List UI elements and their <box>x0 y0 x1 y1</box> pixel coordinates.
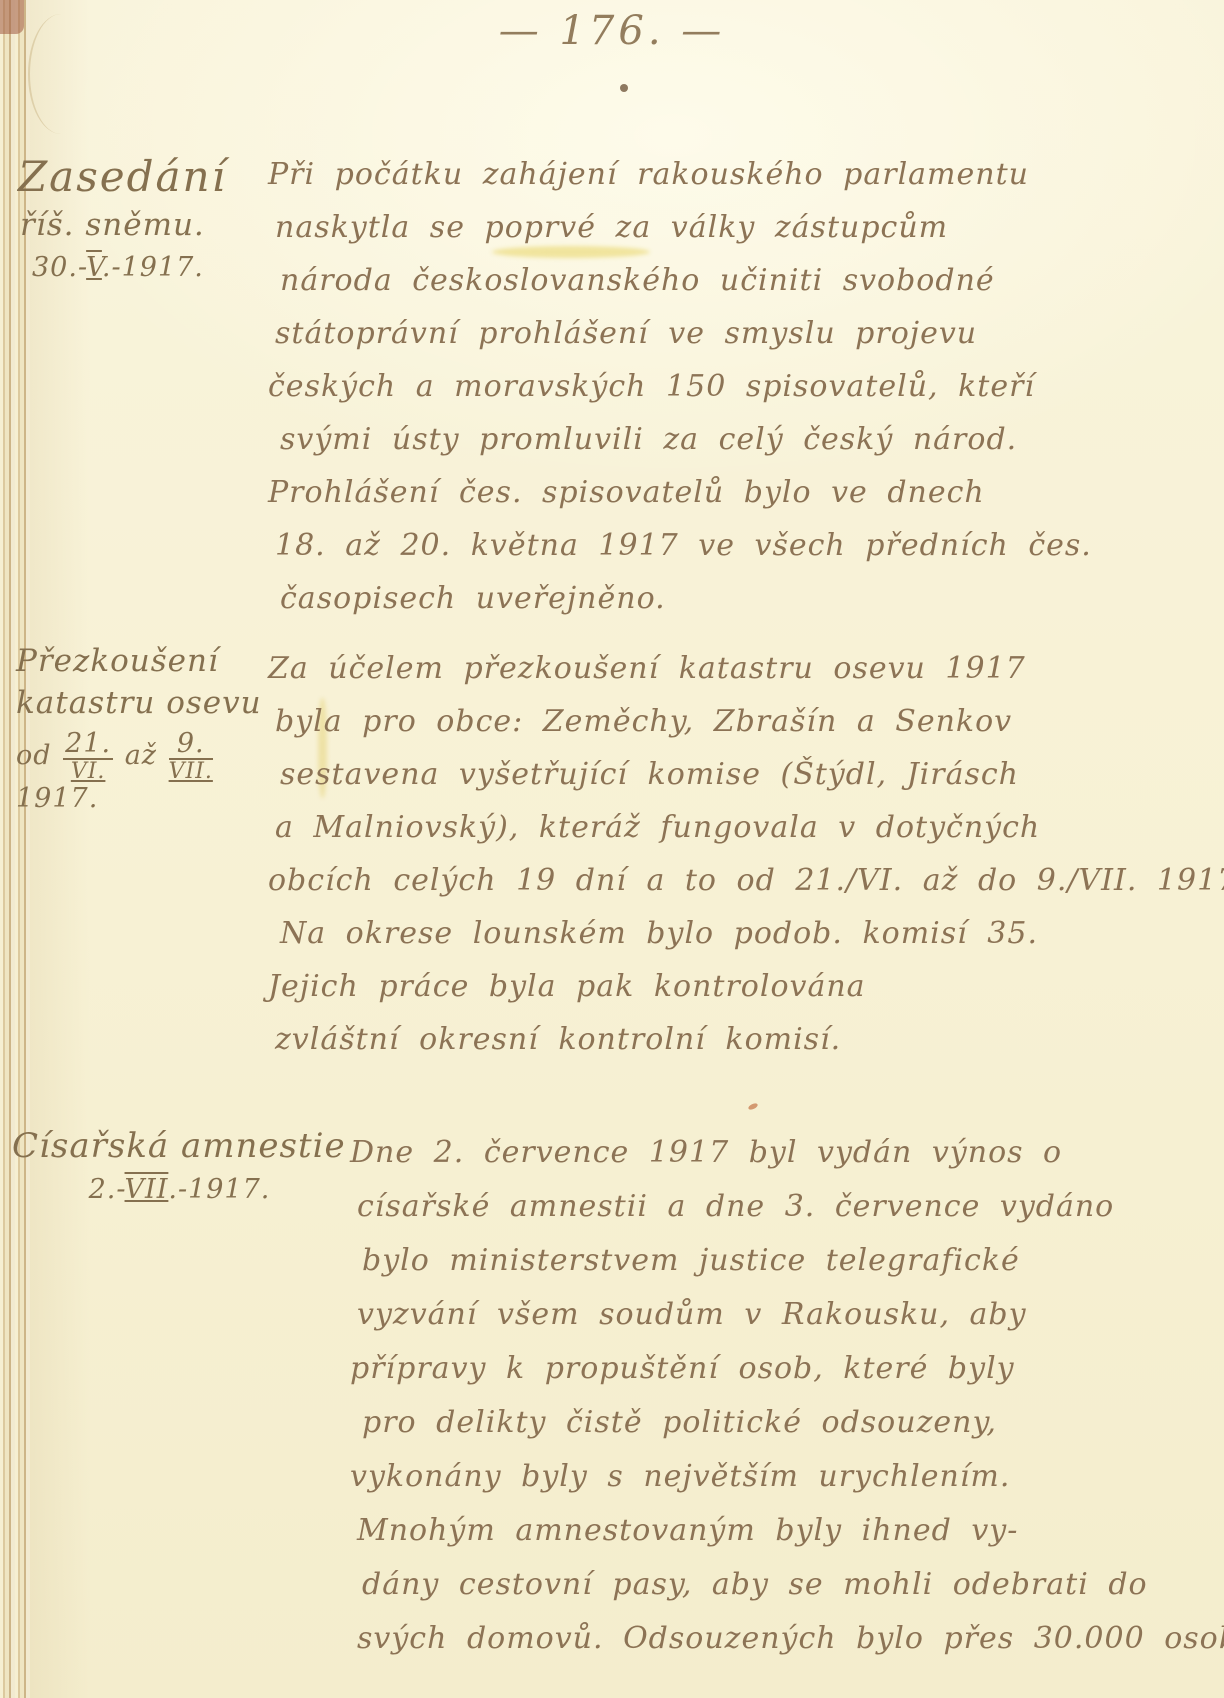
date-fraction: 9.VII. <box>169 730 213 783</box>
handwritten-line: Při počátku zahájení rakouského parlamen… <box>268 148 1092 201</box>
handwritten-line: zvláštní okresní kontrolní komisí. <box>275 1013 1224 1066</box>
handwritten-line: dány cestovní pasy, aby se mohli odebrat… <box>362 1558 1224 1612</box>
paragraph-amnestie: Dne 2. července 1917 byl vydán výnos o c… <box>350 1126 1224 1666</box>
handwritten-line: přípravy k propuštění osob, které byly <box>350 1342 1224 1396</box>
handwritten-line: časopisech uveřejněno. <box>280 572 1092 625</box>
handwritten-line: svými ústy promluvili za celý český náro… <box>280 413 1092 466</box>
margin-title-line: Císařská amnestie <box>12 1124 347 1168</box>
handwritten-line: císařské amnestii a dne 3. července vydá… <box>357 1180 1224 1234</box>
handwritten-line: 18. až 20. května 1917 ve všech předních… <box>275 519 1092 572</box>
margin-title-line: katastru osevu <box>16 682 271 724</box>
margin-heading-amnestie: Císařská amnestie 2.-VII.-1917. <box>12 1124 347 1205</box>
margin-title-line: Přezkoušení <box>16 640 271 682</box>
roman-numeral: V <box>86 252 102 283</box>
handwritten-line: byla pro obce: Zeměchy, Zbrašín a Senkov <box>275 695 1224 748</box>
paragraph-zasedani: Při počátku zahájení rakouského parlamen… <box>268 148 1092 625</box>
handwritten-line: svých domovů. Odsouzených bylo přes 30.0… <box>357 1612 1224 1666</box>
handwritten-line: obcích celých 19 dní a to od 21./VI. až … <box>268 854 1224 907</box>
handwritten-line: vykonány byly s největším urychlením. <box>350 1450 1224 1504</box>
handwritten-line: Dne 2. července 1917 byl vydán výnos o <box>350 1126 1224 1180</box>
handwritten-line: vyzvání všem soudům v Rakousku, aby <box>357 1288 1224 1342</box>
handwritten-line: pro delikty čistě politické odsouzeny, <box>362 1396 1224 1450</box>
handwritten-line: Na okrese lounském bylo podob. komisí 35… <box>280 907 1224 960</box>
handwritten-line: bylo ministerstvem justice telegrafické <box>362 1234 1224 1288</box>
handwritten-line: a Malniovský), kteráž fungovala v dotyčn… <box>275 801 1224 854</box>
margin-heading-prezkouseni: Přezkoušení katastru osevu od 21.VI. až … <box>16 640 271 814</box>
date-fraction: 21.VI. <box>63 730 113 783</box>
page-number: — 176. — <box>0 8 1224 54</box>
margin-title-line: Zasedání <box>18 150 263 204</box>
handwritten-line: národa českoslovanského učiniti svobodné <box>280 254 1092 307</box>
paragraph-prezkouseni: Za účelem přezkoušení katastru osevu 191… <box>268 642 1224 1066</box>
scanned-manuscript-page: { "page": { "number": "— 176. —", "paper… <box>0 0 1224 1698</box>
margin-date: 30.-V.-1917. <box>32 252 263 283</box>
margin-date: 2.-VII.-1917. <box>12 1174 347 1205</box>
roman-numeral: VII <box>125 1174 169 1205</box>
handwritten-line: českých a moravských 150 spisovatelů, kt… <box>268 360 1092 413</box>
handwritten-line: Prohlášení čes. spisovatelů bylo ve dnec… <box>268 466 1092 519</box>
handwritten-line: Mnohým amnestovaným byly ihned vy- <box>357 1504 1224 1558</box>
margin-title-line: říš. sněmu. <box>20 204 263 246</box>
handwritten-line: Za účelem přezkoušení katastru osevu 191… <box>268 642 1224 695</box>
handwritten-line: sestavena vyšetřující komise (Štýdl, Jir… <box>280 748 1224 801</box>
ink-dot <box>620 84 628 92</box>
handwritten-line: naskytla se poprvé za války zástupcům <box>275 201 1092 254</box>
margin-date: od 21.VI. až 9.VII. 1917. <box>16 730 271 814</box>
handwritten-line: Jejich práce byla pak kontrolována <box>268 960 1224 1013</box>
margin-heading-zasedani: Zasedání říš. sněmu. 30.-V.-1917. <box>18 150 263 283</box>
handwritten-line: státoprávní prohlášení ve smyslu projevu <box>275 307 1092 360</box>
